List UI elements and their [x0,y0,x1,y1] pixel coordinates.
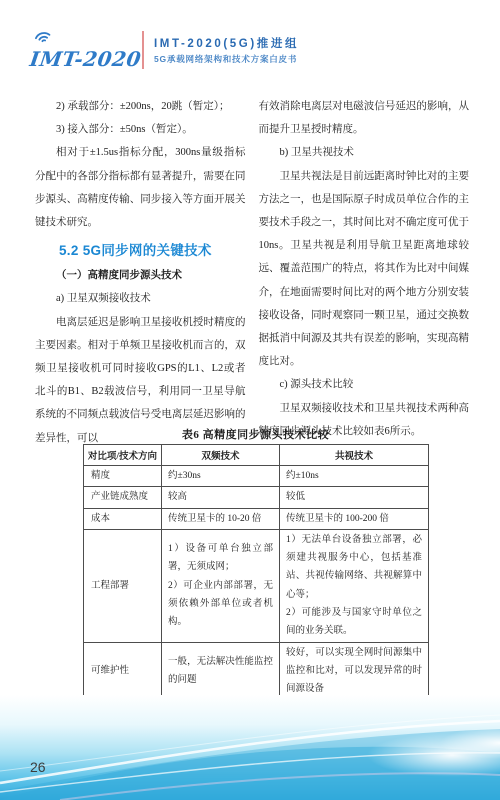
item-a-heading: a) 卫星双频接收技术 [35,287,246,310]
cell-line: 传统卫星卡的 100-200 倍 [286,510,422,528]
cell-line: 约±30ns [168,467,273,485]
row-label: 可维护性 [84,642,162,700]
comparison-table: 对比项/技术方向 双频技术 共视技术 精度 约±30ns 约±10ns 产业链成… [83,444,429,701]
cell-line: 2）可企业内部部署，无须依赖外部单位或者机构。 [168,577,273,632]
column-header: 对比项/技术方向 [84,445,162,466]
page-header: IMT-2020 IMT-2020(5G)推进组 5G承载网络架构和技术方案白皮… [30,26,299,74]
table-header-row: 对比项/技术方向 双频技术 共视技术 [84,445,429,466]
table-row: 精度 约±30ns 约±10ns [84,466,429,487]
whitepaper-title: 5G承载网络架构和技术方案白皮书 [154,53,299,65]
item-b-heading: b) 卫星共视技术 [259,141,470,164]
table-row: 可维护性 一般，无法解决性能监控的问题 较好，可以实现全网时间源集中监控和比对，… [84,642,429,700]
org-title-block: IMT-2020(5G)推进组 5G承载网络架构和技术方案白皮书 [154,35,299,65]
column-header: 双频技术 [162,445,280,466]
body-columns: 2) 承载部分：±200ns，20跳（暂定）； 3) 接入部分：±50ns（暂定… [35,95,469,450]
sub-heading: （一）高精度同步源头技术 [35,264,246,287]
cell-line: 传统卫星卡的 10-20 倍 [168,510,273,528]
list-item: 3) 接入部分：±50ns（暂定）。 [35,118,246,141]
right-column: 有效消除电离层对电磁波信号延迟的影响，从而提升卫星授时精度。 b) 卫星共视技术… [259,95,470,450]
logo-wordmark: IMT-2020 [28,47,142,71]
header-divider [142,31,144,69]
left-column: 2) 承载部分：±200ns，20跳（暂定）； 3) 接入部分：±50ns（暂定… [35,95,246,450]
section-heading-5-2: 5.2 5G同步网的关键技术 [35,241,246,261]
footer-wave-graphic [0,695,500,800]
cell-line: 一般，无法解决性能监控的问题 [168,653,273,690]
cell-line: 1）无法单台设备独立部署，必须建共视服务中心，包括基准站、共视传输网络、共视解算… [286,531,422,604]
imt-2020-logo: IMT-2020 [30,26,134,74]
cell-line: 较好，可以实现全网时间源集中监控和比对，可以发现异常的时间源设备 [286,644,422,699]
row-label: 精度 [84,466,162,487]
org-name: IMT-2020(5G)推进组 [154,35,299,51]
cell-line: 约±10ns [286,467,422,485]
row-label: 工程部署 [84,529,162,642]
table-row: 成本 传统卫星卡的 10-20 倍 传统卫星卡的 100-200 倍 [84,508,429,529]
cell-line: 较高 [168,488,273,506]
row-label: 成本 [84,508,162,529]
item-c-heading: c) 源头技术比较 [259,373,470,396]
paragraph: 卫星共视法是目前远距离时钟比对的主要方法之一，也是国际原子时成员单位合作的主要技… [259,165,470,374]
paragraph: 相对于±1.5us指标分配，300ns量级指标分配中的各部分指标都有显著提升，需… [35,141,246,234]
row-label: 产业链成熟度 [84,487,162,508]
cell-line: 2）可能涉及与国家守时单位之间的业务关联。 [286,604,422,641]
list-item: 2) 承载部分：±200ns，20跳（暂定）； [35,95,246,118]
cell-line: 较低 [286,488,422,506]
table-caption: 表6 高精度同步源头技术比较 [83,426,428,442]
document-page: IMT-2020 IMT-2020(5G)推进组 5G承载网络架构和技术方案白皮… [0,0,500,800]
column-header: 共视技术 [280,445,429,466]
table-row: 产业链成熟度 较高 较低 [84,487,429,508]
cell-line: 1）设备可单台独立部署，无须成网； [168,540,273,577]
page-number: 26 [30,759,46,775]
paragraph: 有效消除电离层对电磁波信号延迟的影响，从而提升卫星授时精度。 [259,95,470,141]
table-row: 工程部署 1）设备可单台独立部署，无须成网； 2）可企业内部部署，无须依赖外部单… [84,529,429,642]
